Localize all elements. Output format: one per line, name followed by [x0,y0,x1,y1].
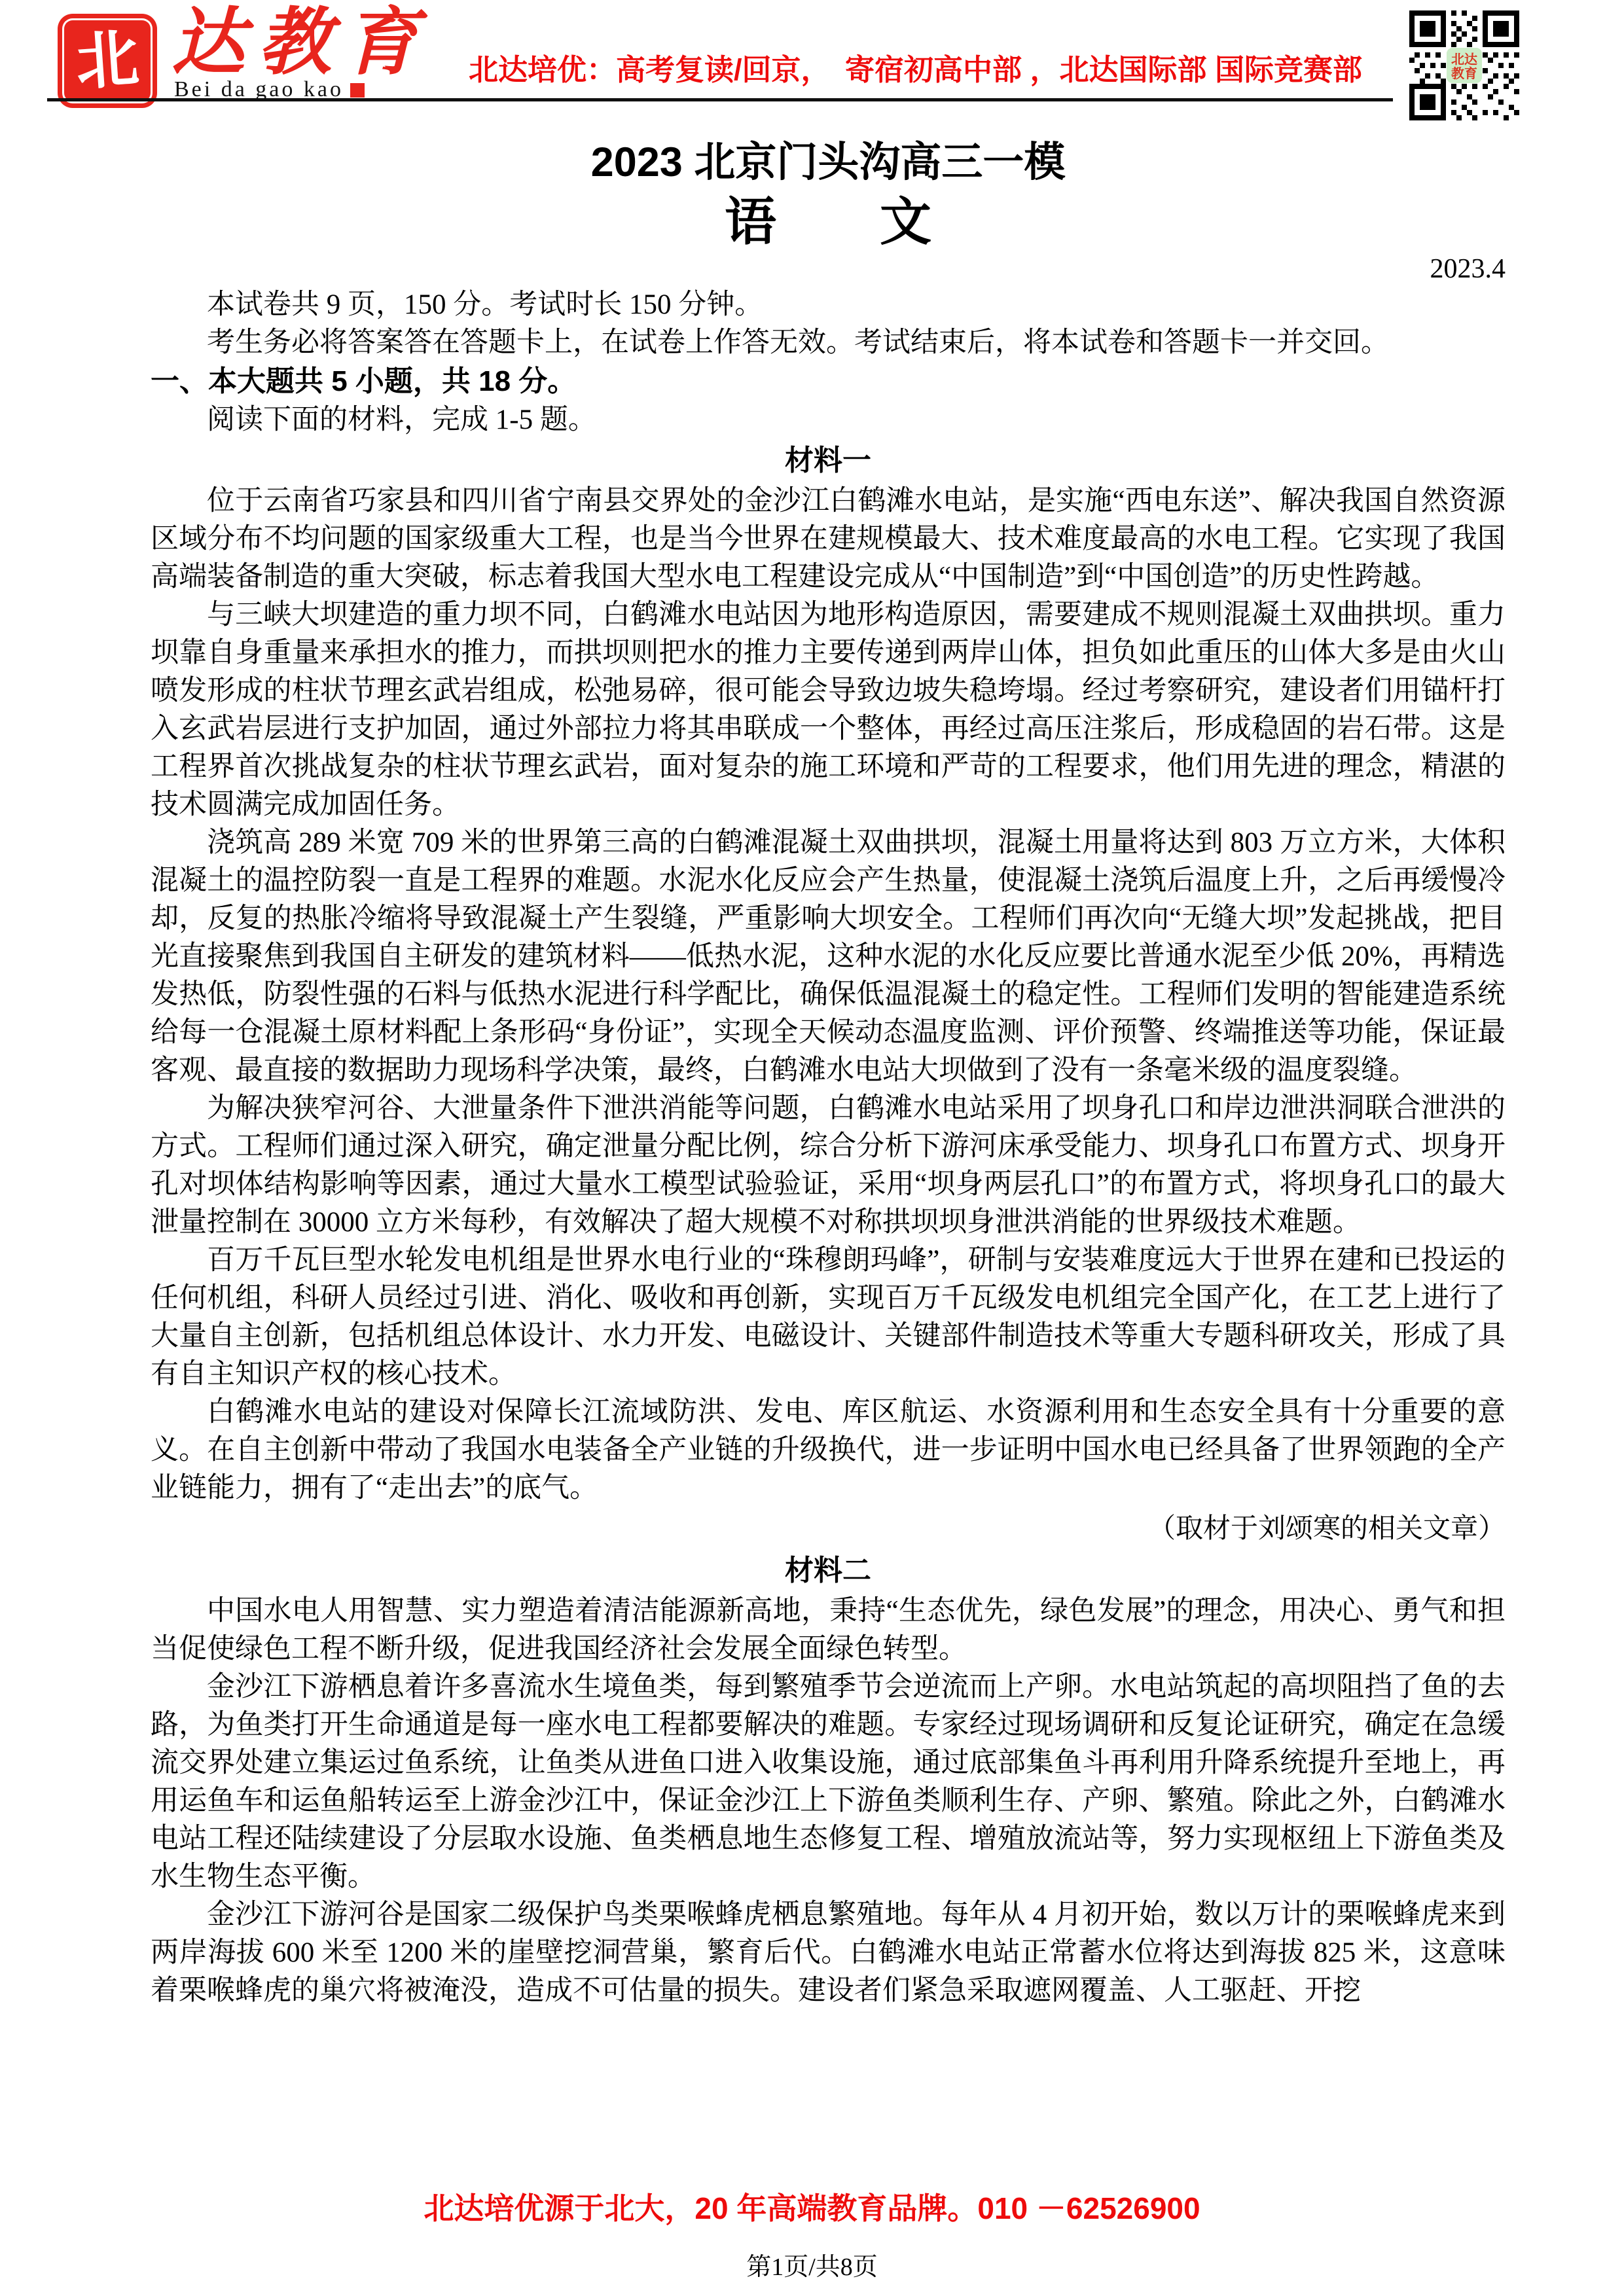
material-1-paragraph: 白鹤滩水电站的建设对保障长江流域防洪、发电、库区航运、水资源利用和生态安全具有十… [151,1393,1506,1507]
section-1-heading: 一、本大题共 5 小题，共 18 分。 [151,362,1506,401]
intro-line-1: 本试卷共 9 页，150 分。考试时长 150 分钟。 [151,286,1506,324]
page-header: 北 达教育 Bei da gao kao 北达培优：高考复读/回京， 寄宿初高中… [0,0,1624,121]
red-square-icon [350,83,365,98]
exam-title: 2023 北京门头沟高三一模 [151,139,1506,186]
exam-date: 2023.4 [151,252,1506,286]
seal-character: 北 [74,27,141,94]
exam-subject: 语 文 [151,194,1506,251]
material-2-paragraph: 金沙江下游栖息着许多喜流水生境鱼类，每到繁殖季节会逆流而上产卵。水电站筑起的高坝… [151,1668,1506,1896]
qr-center-label-line1: 北达 [1451,52,1477,67]
material-1-heading: 材料一 [151,440,1506,481]
page-indicator: 第1页/共8页 [0,2246,1624,2282]
material-1-paragraph: 浇筑高 289 米宽 709 米的世界第三高的白鹤滩混凝土双曲拱坝，混凝土用量将… [151,824,1506,1090]
brand-script-text: 达教育 [171,7,431,80]
intro-line-2: 考生务必将答案答在答题卡上，在试卷上作答无效。考试结束后，将本试卷和答题卡一并交… [151,324,1506,362]
material-1-paragraph: 与三峡大坝建造的重力坝不同，白鹤滩水电站因为地形构造原因，需要建成不规则混凝土双… [151,596,1506,824]
material-2-paragraph: 金沙江下游河谷是国家二级保护鸟类栗喉蜂虎栖息繁殖地。每年从 4 月初开始，数以万… [151,1896,1506,2010]
exam-content: 2023 北京门头沟高三一模 语 文 2023.4 本试卷共 9 页，150 分… [151,126,1506,2010]
material-1-attribution: （取材于刘颂寒的相关文章） [151,1510,1506,1548]
brand-seal-logo: 北 [62,18,153,103]
material-1-paragraph: 为解决狭窄河谷、大泄量条件下泄洪消能等问题，白鹤滩水电站采用了坝身孔口和岸边泄洪… [151,1090,1506,1242]
material-2-paragraph: 中国水电人用智慧、实力塑造着清洁能源新高地，秉持“生态优先，绿色发展”的理念，用… [151,1592,1506,1668]
footer-slogan: 北达培优源于北大，20 年高端教育品牌。010 －62526900 [0,2185,1624,2228]
qr-center-label-line2: 教育 [1451,65,1477,81]
material-1-paragraph: 百万千瓦巨型水轮发电机组是世界水电行业的“珠穆朗玛峰”，研制与安装难度远大于世界… [151,1242,1506,1393]
exam-paper-page: 北 达教育 Bei da gao kao 北达培优：高考复读/回京， 寄宿初高中… [0,0,1624,2296]
material-2-heading: 材料二 [151,1551,1506,1591]
header-slogan: 北达培优：高考复读/回京， 寄宿初高中部 ，北达国际部 国际竞赛部 [469,46,1362,88]
section-1-instruction: 阅读下面的材料，完成 1-5 题。 [151,401,1506,439]
qr-code: 北达 教育 [1409,10,1519,120]
header-divider [47,98,1393,101]
material-1-paragraph: 位于云南省巧家县和四川省宁南县交界处的金沙江白鹤滩水电站，是实施“西电东送”、解… [151,482,1506,596]
